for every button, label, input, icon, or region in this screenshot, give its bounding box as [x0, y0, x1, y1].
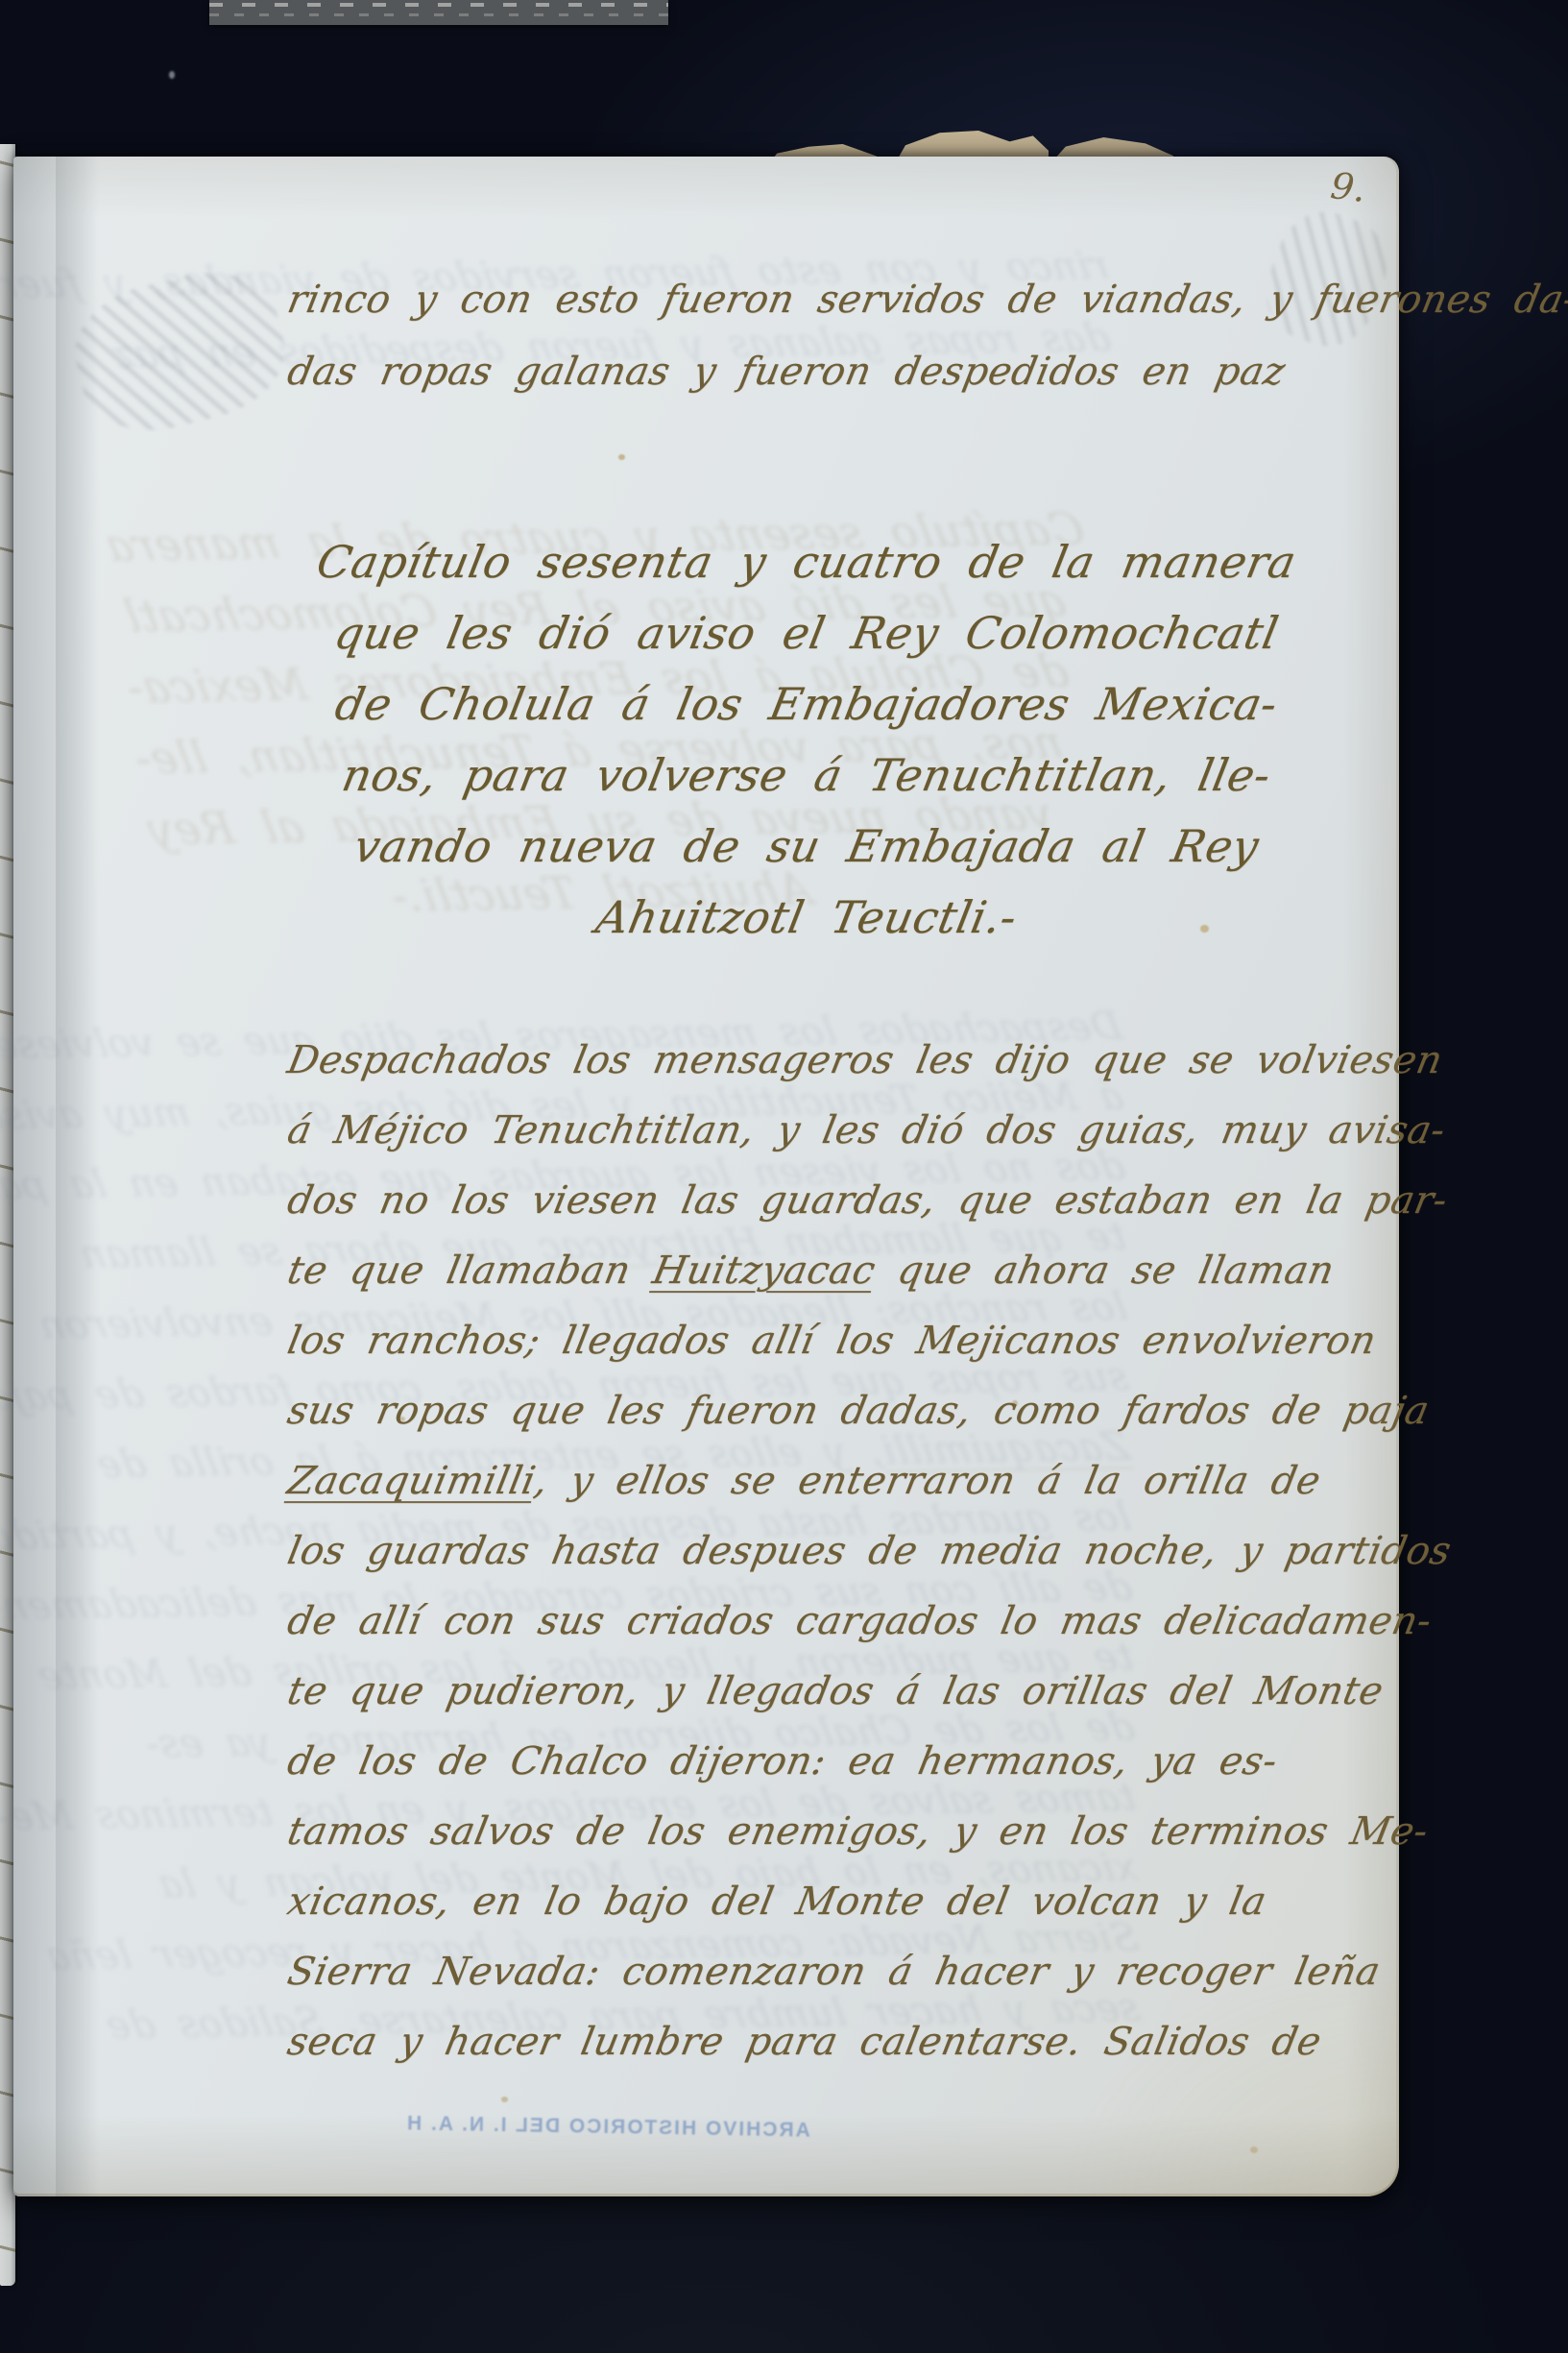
manuscript-line: xicanos, en lo bajo del Monte del volcan… [281, 1867, 1409, 1937]
ink-text-layer: rinco y con esto fueron servidos de vian… [13, 157, 1399, 2196]
dust-speck [169, 71, 175, 79]
manuscript-line: te que llamaban Huitzyacac que ahora se … [281, 1236, 1409, 1306]
manuscript-line: Capítulo sesenta y cuatro de la manera [233, 526, 1380, 597]
manuscript-line: á Méjico Tenuchtitlan, y les dió dos gui… [281, 1096, 1409, 1166]
manuscript-line: vando nueva de su Embajada al Rey [233, 811, 1380, 882]
manuscript-line: que les dió aviso el Rey Colomochcatl [233, 597, 1380, 668]
manuscript-line: Despachados los mensageros les dijo que … [281, 1026, 1409, 1096]
chapter-heading: Capítulo sesenta y cuatro de la maneraqu… [240, 526, 1373, 953]
manuscript-line: Zacaquimilli, y ellos se enterraron á la… [281, 1446, 1409, 1516]
manuscript-line: de allí con sus criados cargados lo mas … [281, 1587, 1409, 1657]
manuscript-line: dos no los viesen las guardas, que estab… [281, 1166, 1409, 1236]
manuscript-line: rinco y con esto fueron servidos de vian… [281, 264, 1568, 336]
manuscript-line: das ropas galanas y fueron despedidos en… [281, 336, 1568, 408]
manuscript-page: 9. rinco y con esto fueron servidos de v… [13, 157, 1399, 2196]
manuscript-line: Sierra Nevada: comenzaron á hacer y reco… [281, 1937, 1409, 2007]
underlined-word: Zacaquimilli [284, 1459, 540, 1503]
manuscript-line: sus ropas que les fueron dadas, como far… [281, 1376, 1409, 1446]
manuscript-line: seca y hacer lumbre para calentarse. Sal… [281, 2007, 1409, 2077]
binding-strip [209, 0, 668, 25]
manuscript-line: los ranchos; llegados allí los Mejicanos… [281, 1306, 1409, 1376]
manuscript-line: Ahuitzotl Teuctli.- [233, 882, 1380, 953]
body-paragraph: Despachados los mensageros les dijo que … [288, 1026, 1402, 2077]
manuscript-line: los guardas hasta despues de media noche… [281, 1516, 1409, 1587]
manuscript-line: te que pudieron, y llegados á las orilla… [281, 1657, 1409, 1727]
manuscript-line: de los de Chalco dijeron: ea hermanos, y… [281, 1727, 1409, 1797]
photo-background: 9. rinco y con esto fueron servidos de v… [0, 0, 1568, 2353]
manuscript-line: nos, para volverse á Tenuchtitlan, lle- [233, 740, 1380, 811]
manuscript-line: tamos salvos de los enemigos, y en los t… [281, 1797, 1409, 1867]
manuscript-line: de Cholula á los Embajadores Mexica- [233, 668, 1380, 740]
intro-paragraph: rinco y con esto fueron servidos de vian… [288, 264, 1568, 408]
underlined-word: Huitzyacac [649, 1249, 880, 1293]
